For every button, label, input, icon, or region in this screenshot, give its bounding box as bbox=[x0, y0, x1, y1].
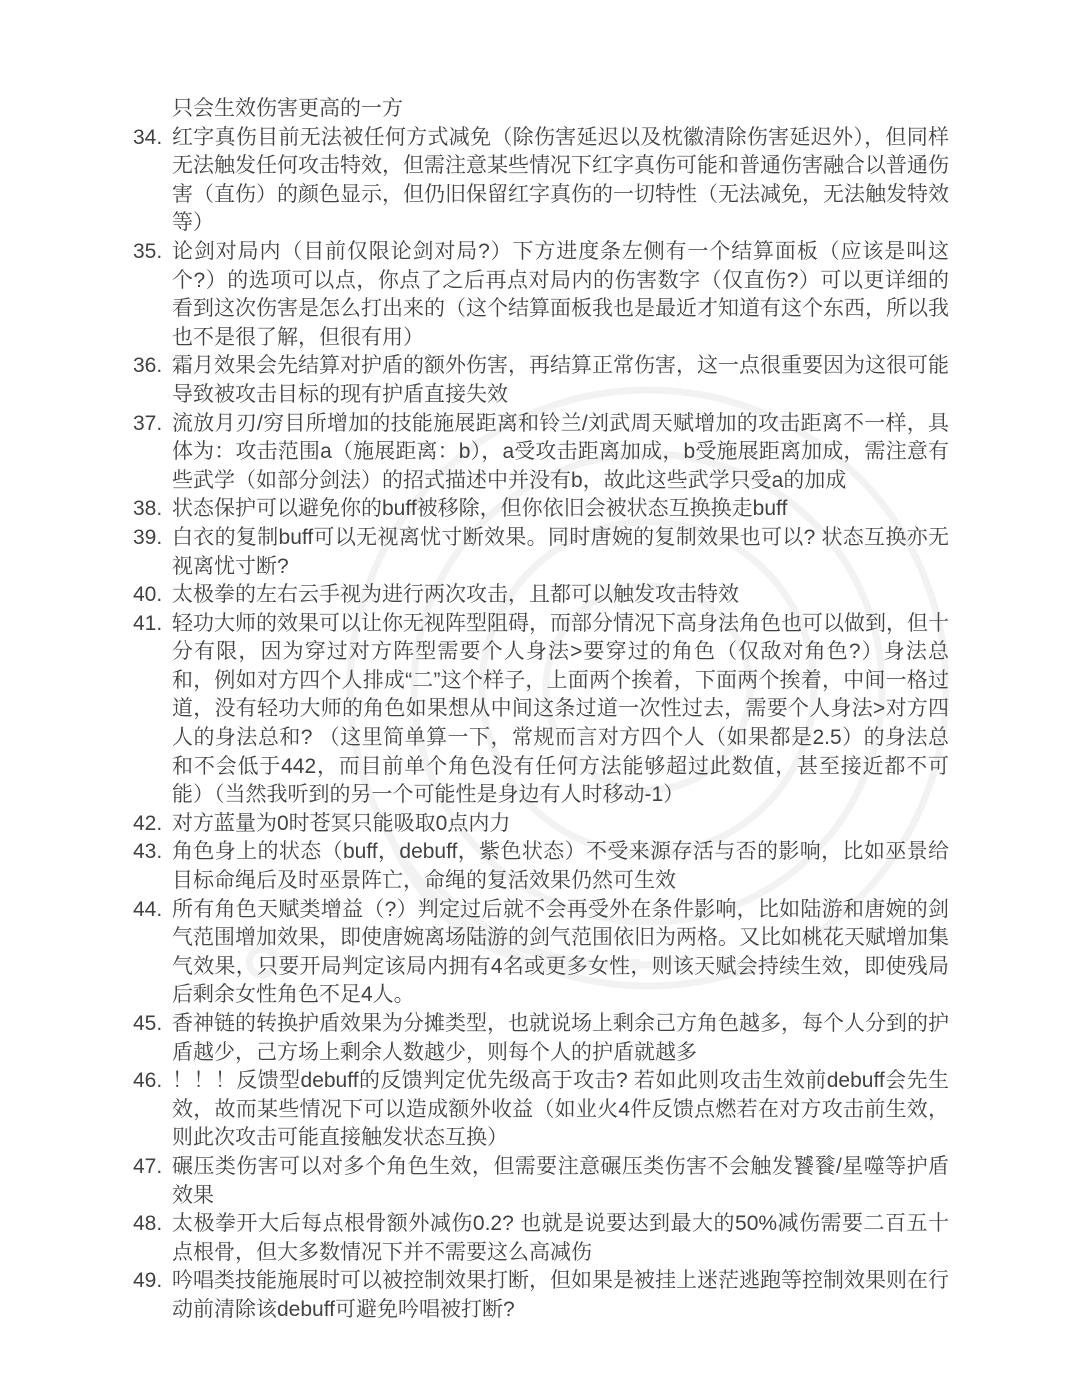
list-item-45: 45. 香神链的转换护盾效果为分摊类型，也就说场上剩余己方角色越多，每个人分到的… bbox=[133, 1010, 949, 1067]
list-item-44: 44. 所有角色天赋类增益（?）判定过后就不会再受外在条件影响，比如陆游和唐婉的… bbox=[133, 896, 949, 1010]
item-text: 红字真伤目前无法被任何方式减免（除伤害延迟以及枕徽清除伤害延迟外），但同样无法触… bbox=[172, 124, 949, 238]
list-item-34: 34. 红字真伤目前无法被任何方式减免（除伤害延迟以及枕徽清除伤害延迟外），但同… bbox=[133, 124, 949, 238]
list-item-37: 37. 流放月刃/穷目所增加的技能施展距离和铃兰/刘武周天赋增加的攻击距离不一样… bbox=[133, 410, 949, 496]
item-number: 34. bbox=[133, 124, 172, 238]
item-text: 流放月刃/穷目所增加的技能施展距离和铃兰/刘武周天赋增加的攻击距离不一样，具体为… bbox=[172, 410, 949, 496]
list-item-36: 36. 霜月效果会先结算对护盾的额外伤害，再结算正常伤害，这一点很重要因为这很可… bbox=[133, 352, 949, 409]
document-body: 只会生效伤害更高的一方 34. 红字真伤目前无法被任何方式减免（除伤害延迟以及枕… bbox=[133, 95, 949, 1325]
list-item-38: 38. 状态保护可以避免你的buff被移除，但你依旧会被状态互换换走buff bbox=[133, 495, 949, 524]
item-text: 论剑对局内（目前仅限论剑对局?）下方进度条左侧有一个结算面板（应该是叫这个?）的… bbox=[172, 238, 949, 352]
item-number: 40. bbox=[133, 581, 172, 610]
item-number: 39. bbox=[133, 524, 172, 581]
item-text: 太极拳开大后每点根骨额外减伤0.2? 也就是说要达到最大的50%减伤需要二百五十… bbox=[172, 1210, 949, 1267]
list-item-35: 35. 论剑对局内（目前仅限论剑对局?）下方进度条左侧有一个结算面板（应该是叫这… bbox=[133, 238, 949, 352]
item-text: 吟唱类技能施展时可以被控制效果打断，但如果是被挂上迷茫逃跑等控制效果则在行动前清… bbox=[172, 1267, 949, 1324]
item-text: 对方蓝量为0时苍冥只能吸取0点内力 bbox=[172, 810, 949, 839]
document-page: 只会生效伤害更高的一方 34. 红字真伤目前无法被任何方式减免（除伤害延迟以及枕… bbox=[0, 0, 1080, 1398]
item-number: 41. bbox=[133, 610, 172, 810]
list-item-41: 41. 轻功大师的效果可以让你无视阵型阻碍，而部分情况下高身法角色也可以做到，但… bbox=[133, 610, 949, 810]
item-text: 霜月效果会先结算对护盾的额外伤害，再结算正常伤害，这一点很重要因为这很可能导致被… bbox=[172, 352, 949, 409]
list-item-42: 42. 对方蓝量为0时苍冥只能吸取0点内力 bbox=[133, 810, 949, 839]
item-number: 45. bbox=[133, 1010, 172, 1067]
item-number: 46. bbox=[133, 1067, 172, 1153]
item-number: 49. bbox=[133, 1267, 172, 1324]
list-item-40: 40. 太极拳的左右云手视为进行两次攻击，且都可以触发攻击特效 bbox=[133, 581, 949, 610]
item-number: 38. bbox=[133, 495, 172, 524]
item-text: 状态保护可以避免你的buff被移除，但你依旧会被状态互换换走buff bbox=[172, 495, 949, 524]
item-text: 轻功大师的效果可以让你无视阵型阻碍，而部分情况下高身法角色也可以做到，但十分有限… bbox=[172, 610, 949, 810]
item-number: 36. bbox=[133, 352, 172, 409]
item-number: 48. bbox=[133, 1210, 172, 1267]
item-number: 42. bbox=[133, 810, 172, 839]
item-number: 37. bbox=[133, 410, 172, 496]
list-item-48: 48. 太极拳开大后每点根骨额外减伤0.2? 也就是说要达到最大的50%减伤需要… bbox=[133, 1210, 949, 1267]
item-text: 白衣的复制buff可以无视离忧寸断效果。同时唐婉的复制效果也可以? 状态互换亦无… bbox=[172, 524, 949, 581]
continuation-line: 只会生效伤害更高的一方 bbox=[172, 95, 949, 124]
item-number: 44. bbox=[133, 896, 172, 1010]
item-text: 太极拳的左右云手视为进行两次攻击，且都可以触发攻击特效 bbox=[172, 581, 949, 610]
item-text: 角色身上的状态（buff，debuff，紫色状态）不受来源存活与否的影响，比如巫… bbox=[172, 838, 949, 895]
item-text: 香神链的转换护盾效果为分摊类型，也就说场上剩余己方角色越多，每个人分到的护盾越少… bbox=[172, 1010, 949, 1067]
item-number: 47. bbox=[133, 1153, 172, 1210]
list-item-47: 47. 碾压类伤害可以对多个角色生效，但需要注意碾压类伤害不会触发饕餮/星噬等护… bbox=[133, 1153, 949, 1210]
list-item-43: 43. 角色身上的状态（buff，debuff，紫色状态）不受来源存活与否的影响… bbox=[133, 838, 949, 895]
list-item-39: 39. 白衣的复制buff可以无视离忧寸断效果。同时唐婉的复制效果也可以? 状态… bbox=[133, 524, 949, 581]
item-number: 35. bbox=[133, 238, 172, 352]
item-text: 所有角色天赋类增益（?）判定过后就不会再受外在条件影响，比如陆游和唐婉的剑气范围… bbox=[172, 896, 949, 1010]
item-text: 碾压类伤害可以对多个角色生效，但需要注意碾压类伤害不会触发饕餮/星噬等护盾效果 bbox=[172, 1153, 949, 1210]
item-text: ！！！反馈型debuff的反馈判定优先级高于攻击? 若如此则攻击生效前debuf… bbox=[172, 1067, 949, 1153]
list-item-49: 49. 吟唱类技能施展时可以被控制效果打断，但如果是被挂上迷茫逃跑等控制效果则在… bbox=[133, 1267, 949, 1324]
item-number: 43. bbox=[133, 838, 172, 895]
list-item-46: 46. ！！！反馈型debuff的反馈判定优先级高于攻击? 若如此则攻击生效前d… bbox=[133, 1067, 949, 1153]
